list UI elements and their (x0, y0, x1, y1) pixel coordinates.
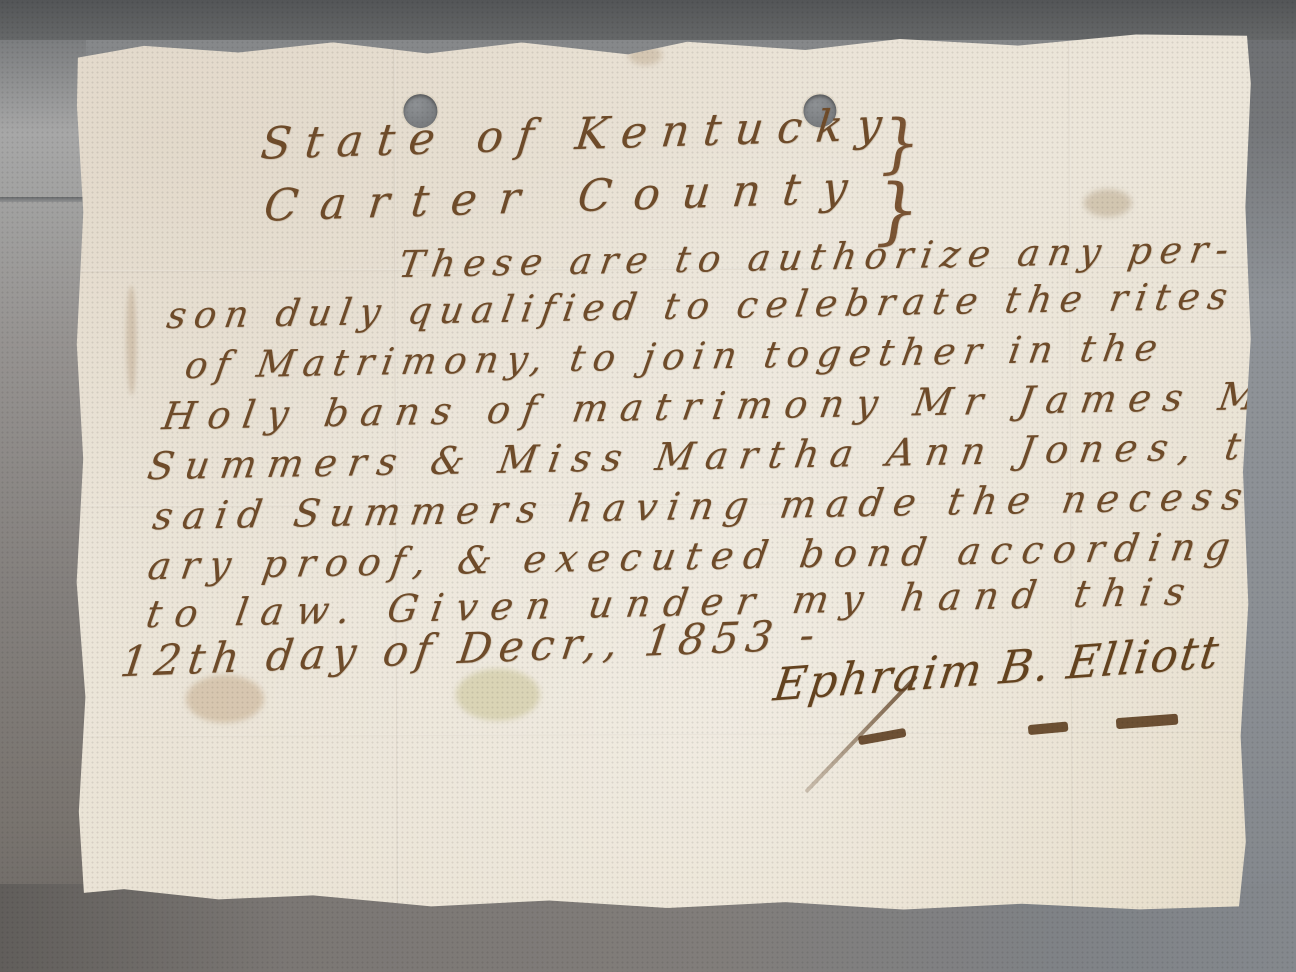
signature: Ephraim B. Elliott (771, 629, 1223, 708)
handwriting-state-line: State of Kentucky (259, 103, 898, 167)
table-seam (0, 197, 86, 202)
yellow-stain (456, 669, 540, 721)
handwriting-line: These are to authorize any per- (396, 231, 1239, 283)
handwriting-line: of Matrimony, to join together in the (183, 329, 1168, 384)
heading-brace: } (878, 115, 921, 174)
handwriting-county-line: Carter County (262, 166, 872, 229)
signature-underline-dash (1116, 714, 1179, 730)
document-paper: State of Kentucky Carter County } } Thes… (73, 30, 1258, 917)
table-surface-left (0, 38, 86, 972)
table-surface-top (0, 0, 1296, 40)
handwriting-line: son duly qualified to celebrate the rite… (164, 278, 1237, 335)
fold-crease-horizontal (76, 730, 1257, 737)
foxing-streak (126, 285, 136, 395)
foxing-spot (1084, 189, 1132, 217)
signature-underline-dash (1028, 722, 1069, 736)
fold-crease-vertical (1068, 31, 1074, 913)
photo-of-document: State of Kentucky Carter County } } Thes… (0, 0, 1296, 972)
foxing-spot (628, 45, 662, 65)
